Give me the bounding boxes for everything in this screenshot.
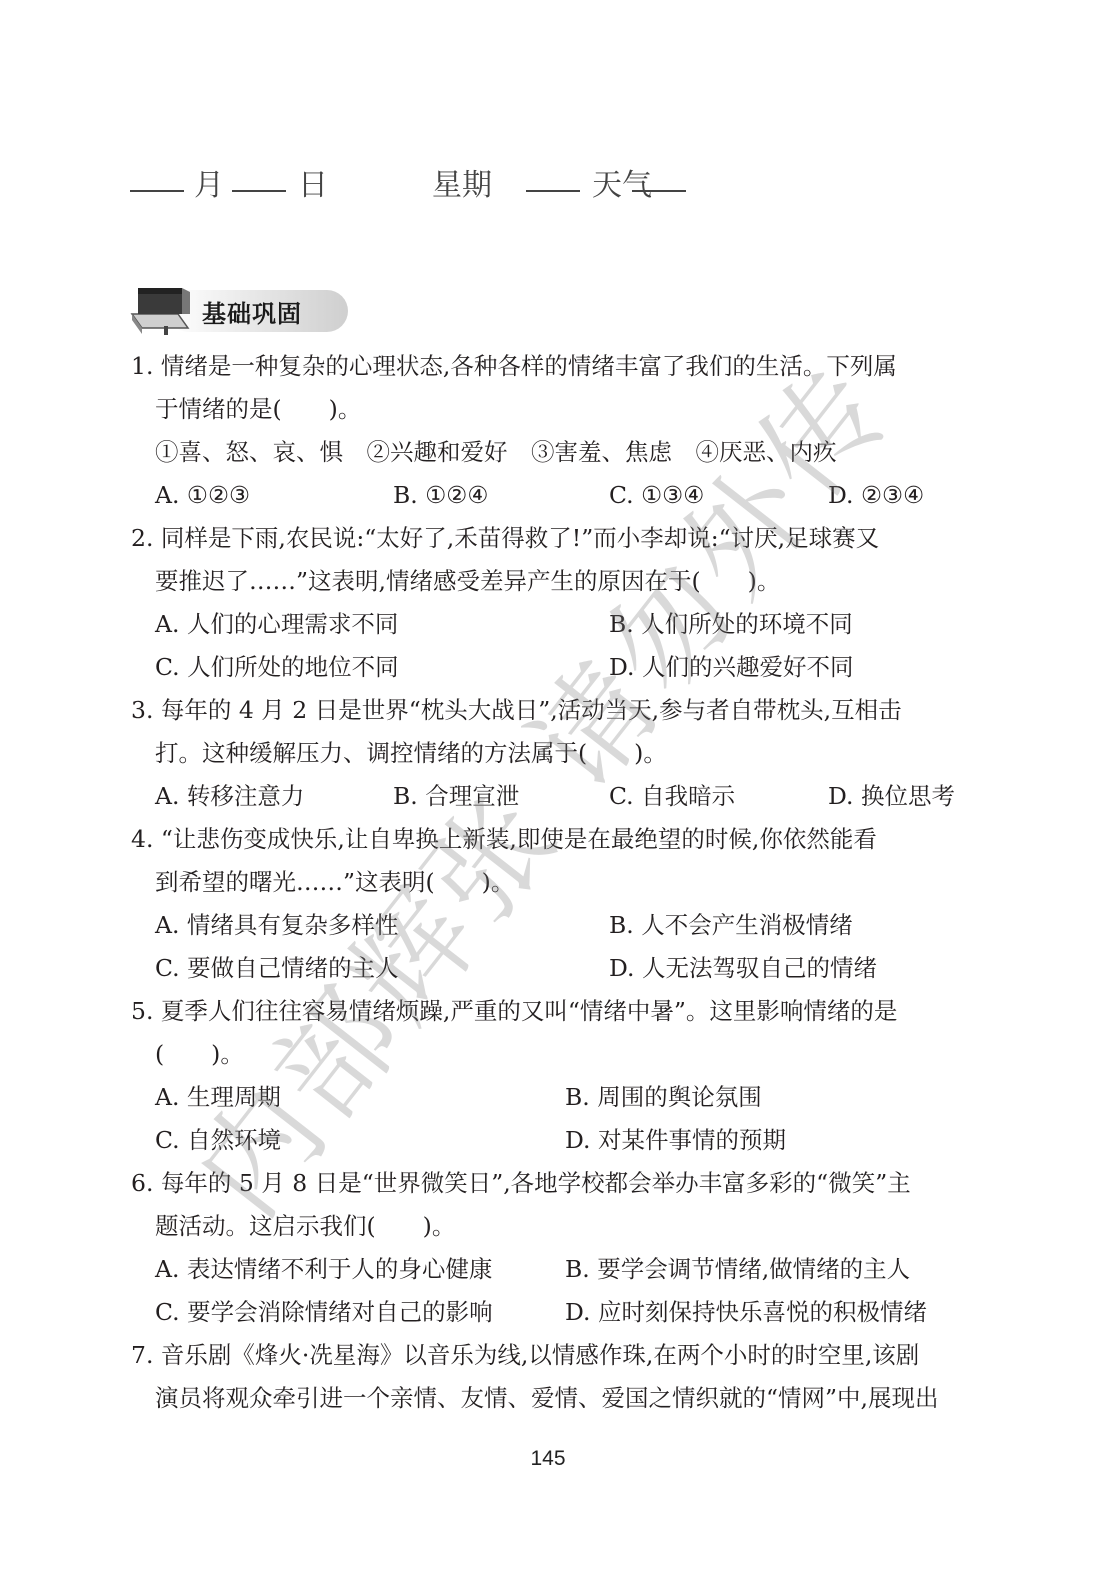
option-d[interactable]: D. ②③④	[828, 474, 924, 517]
question-1: 1. 情绪是一种复杂的心理状态,各种各样的情绪丰富了我们的生活。下列属 于情绪的…	[131, 345, 966, 517]
options-row: A. 转移注意力 B. 合理宣泄 C. 自我暗示 D. 换位思考	[131, 775, 966, 818]
option-c[interactable]: C. 要学会消除情绪对自己的影响	[155, 1291, 493, 1334]
question-text: 每年的 5 月 8 日是“世界微笑日”,各地学校都会举办丰富多彩的“微笑”主	[161, 1169, 911, 1197]
option-c[interactable]: C. 人们所处的地位不同	[155, 646, 399, 689]
month-label: 月	[194, 160, 224, 204]
month-blank[interactable]	[130, 160, 184, 192]
option-d[interactable]: D. 人无法驾驭自己的情绪	[609, 947, 877, 990]
option-b[interactable]: B. 要学会调节情绪,做情绪的主人	[565, 1248, 910, 1291]
question-text: 夏季人们往往容易情绪烦躁,严重的又叫“情绪中暑”。这里影响情绪的是	[161, 997, 898, 1025]
option-a[interactable]: A. 情绪具有复杂多样性	[155, 904, 398, 947]
question-6: 6. 每年的 5 月 8 日是“世界微笑日”,各地学校都会举办丰富多彩的“微笑”…	[131, 1162, 966, 1334]
question-text-cont: 要推迟了……”这表明,情绪感受差异产生的原因在于( )。	[131, 560, 966, 603]
section-header: 基础巩固	[128, 284, 350, 336]
books-icon	[128, 284, 198, 336]
options-row: A. ①②③ B. ①②④ C. ①③④ D. ②③④	[131, 474, 966, 517]
option-b[interactable]: B. ①②④	[393, 474, 488, 517]
section-title: 基础巩固	[202, 294, 302, 329]
question-text-cont: 到希望的曙光……”这表明( )。	[131, 861, 966, 904]
weather-blank[interactable]	[632, 160, 686, 192]
question-text-cont: 题活动。这启示我们( )。	[131, 1205, 966, 1248]
question-text: 每年的 4 月 2 日是世界“枕头大战日”,活动当天,参与者自带枕头,互相击	[161, 696, 902, 724]
option-d[interactable]: D. 对某件事情的预期	[565, 1119, 786, 1162]
question-list: 1. 情绪是一种复杂的心理状态,各种各样的情绪丰富了我们的生活。下列属 于情绪的…	[131, 345, 966, 1420]
option-a[interactable]: A. 转移注意力	[155, 775, 304, 818]
option-d[interactable]: D. 换位思考	[828, 775, 955, 818]
option-c[interactable]: C. ①③④	[609, 474, 704, 517]
option-d[interactable]: D. 应时刻保持快乐喜悦的积极情绪	[565, 1291, 927, 1334]
question-number: 3.	[131, 696, 153, 724]
question-4: 4. “让悲伤变成快乐,让自卑换上新装,即使是在最绝望的时候,你依然能看 到希望…	[131, 818, 966, 990]
option-b[interactable]: B. 人不会产生消极情绪	[609, 904, 853, 947]
option-c[interactable]: C. 自我暗示	[609, 775, 735, 818]
day-label: 日	[298, 160, 328, 204]
question-items: ①喜、怒、哀、惧 ②兴趣和爱好 ③害羞、焦虑 ④厌恶、内疚	[131, 431, 966, 474]
option-a[interactable]: A. ①②③	[155, 474, 250, 517]
question-5: 5. 夏季人们往往容易情绪烦躁,严重的又叫“情绪中暑”。这里影响情绪的是 ( )…	[131, 990, 966, 1162]
question-text: 音乐剧《烽火·冼星海》以音乐为线,以情感作珠,在两个小时的时空里,该剧	[161, 1341, 919, 1369]
options-row: C. 人们所处的地位不同 D. 人们的兴趣爱好不同	[131, 646, 966, 689]
option-a[interactable]: A. 表达情绪不利于人的身心健康	[155, 1248, 492, 1291]
question-number: 2.	[131, 524, 153, 552]
question-number: 5.	[131, 997, 153, 1025]
options-row: A. 情绪具有复杂多样性 B. 人不会产生消极情绪	[131, 904, 966, 947]
options-row: C. 要做自己情绪的主人 D. 人无法驾驭自己的情绪	[131, 947, 966, 990]
weekday-blank[interactable]	[526, 160, 580, 192]
question-7: 7. 音乐剧《烽火·冼星海》以音乐为线,以情感作珠,在两个小时的时空里,该剧 演…	[131, 1334, 966, 1420]
question-number: 1.	[131, 352, 153, 380]
option-c[interactable]: C. 自然环境	[155, 1119, 281, 1162]
option-c[interactable]: C. 要做自己情绪的主人	[155, 947, 399, 990]
page-number: 145	[0, 1447, 1096, 1471]
option-b[interactable]: B. 合理宣泄	[393, 775, 519, 818]
options-row: A. 表达情绪不利于人的身心健康 B. 要学会调节情绪,做情绪的主人	[131, 1248, 966, 1291]
option-a[interactable]: A. 人们的心理需求不同	[155, 603, 398, 646]
weekday-label: 星期	[432, 160, 492, 204]
day-blank[interactable]	[232, 160, 286, 192]
option-d[interactable]: D. 人们的兴趣爱好不同	[609, 646, 853, 689]
question-text: 同样是下雨,农民说:“太好了,禾苗得救了!”而小李却说:“讨厌,足球赛又	[161, 524, 879, 552]
question-text-cont: 演员将观众牵引进一个亲情、友情、爱情、爱国之情织就的“情网”中,展现出	[131, 1377, 966, 1420]
options-row: C. 要学会消除情绪对自己的影响 D. 应时刻保持快乐喜悦的积极情绪	[131, 1291, 966, 1334]
option-a[interactable]: A. 生理周期	[155, 1076, 281, 1119]
options-row: A. 生理周期 B. 周围的舆论氛围	[131, 1076, 966, 1119]
question-3: 3. 每年的 4 月 2 日是世界“枕头大战日”,活动当天,参与者自带枕头,互相…	[131, 689, 966, 818]
question-text-cont: ( )。	[131, 1033, 966, 1076]
question-text-cont: 打。这种缓解压力、调控情绪的方法属于( )。	[131, 732, 966, 775]
question-2: 2. 同样是下雨,农民说:“太好了,禾苗得救了!”而小李却说:“讨厌,足球赛又 …	[131, 517, 966, 689]
question-text: 情绪是一种复杂的心理状态,各种各样的情绪丰富了我们的生活。下列属	[161, 352, 897, 380]
options-row: A. 人们的心理需求不同 B. 人们所处的环境不同	[131, 603, 966, 646]
question-number: 7.	[131, 1341, 153, 1369]
option-b[interactable]: B. 人们所处的环境不同	[609, 603, 853, 646]
question-text-cont: 于情绪的是( )。	[131, 388, 966, 431]
option-b[interactable]: B. 周围的舆论氛围	[565, 1076, 762, 1119]
question-number: 6.	[131, 1169, 153, 1197]
question-text: “让悲伤变成快乐,让自卑换上新装,即使是在最绝望的时候,你依然能看	[161, 825, 877, 853]
options-row: C. 自然环境 D. 对某件事情的预期	[131, 1119, 966, 1162]
question-number: 4.	[131, 825, 153, 853]
